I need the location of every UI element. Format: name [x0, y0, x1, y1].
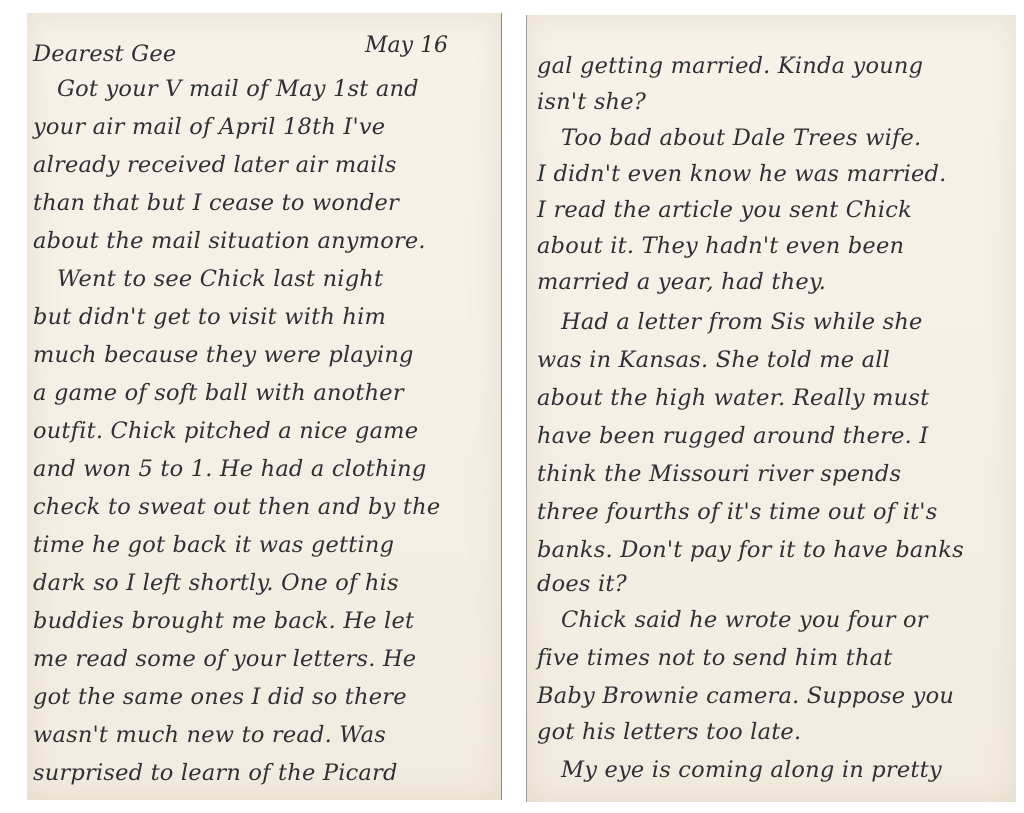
letter-line: Too bad about Dale Trees wife.: [537, 125, 921, 151]
letter-line: Had a letter from Sis while she: [537, 309, 923, 335]
letter-line: surprised to learn of the Picard: [33, 760, 398, 786]
letter-page-right: gal getting married. Kinda young isn't s…: [526, 15, 1016, 802]
letter-line: buddies brought me back. He let: [33, 608, 414, 634]
letter-line: My eye is coming along in pretty: [537, 757, 942, 783]
letter-line: Baby Brownie camera. Suppose you: [537, 683, 954, 709]
letter-line: Chick said he wrote you four or: [537, 607, 928, 633]
letter-line: your air mail of April 18th I've: [33, 114, 385, 140]
letter-line: wasn't much new to read. Was: [33, 722, 386, 748]
letter-line: about the mail situation anymore.: [33, 228, 426, 254]
letter-line: a game of soft ball with another: [33, 380, 404, 406]
letter-line: five times not to send him that: [537, 645, 893, 671]
letter-line: does it?: [537, 571, 627, 597]
letter-line: three fourths of it's time out of it's: [537, 499, 937, 525]
letter-line: was in Kansas. She told me all: [537, 347, 890, 373]
letter-line: check to sweat out then and by the: [33, 494, 440, 520]
letter-line: already received later air mails: [33, 152, 397, 178]
letter-line: about it. They hadn't even been: [537, 233, 904, 259]
letter-line: think the Missouri river spends: [537, 461, 901, 487]
letter-line: got the same ones I did so there: [33, 684, 407, 710]
letter-line: and won 5 to 1. He had a clothing: [33, 456, 426, 482]
letter-line: me read some of your letters. He: [33, 646, 416, 672]
letter-line: isn't she?: [537, 89, 646, 115]
letter-date: May 16: [365, 33, 448, 58]
letter-page-left: May 16 Dearest Gee Got your V mail of Ma…: [27, 13, 502, 800]
letter-line: banks. Don't pay for it to have banks: [537, 537, 964, 563]
letter-line: time he got back it was getting: [33, 532, 394, 558]
letter-line: got his letters too late.: [537, 719, 801, 745]
letter-line: have been rugged around there. I: [537, 423, 928, 449]
letter-line: Got your V mail of May 1st and: [33, 76, 419, 102]
letter-line: I read the article you sent Chick: [537, 197, 912, 223]
letter-line: gal getting married. Kinda young: [537, 53, 923, 79]
letter-line: outfit. Chick pitched a nice game: [33, 418, 418, 444]
letter-line: dark so I left shortly. One of his: [33, 570, 399, 596]
letter-line: married a year, had they.: [537, 269, 826, 295]
letter-line: I didn't even know he was married.: [537, 161, 946, 187]
letter-line: much because they were playing: [33, 342, 414, 368]
letter-line: Went to see Chick last night: [33, 266, 383, 292]
letter-line: but didn't get to visit with him: [33, 304, 386, 330]
letter-line: about the high water. Really must: [537, 385, 929, 411]
letter-line: than that but I cease to wonder: [33, 190, 399, 216]
salutation: Dearest Gee: [33, 41, 176, 67]
